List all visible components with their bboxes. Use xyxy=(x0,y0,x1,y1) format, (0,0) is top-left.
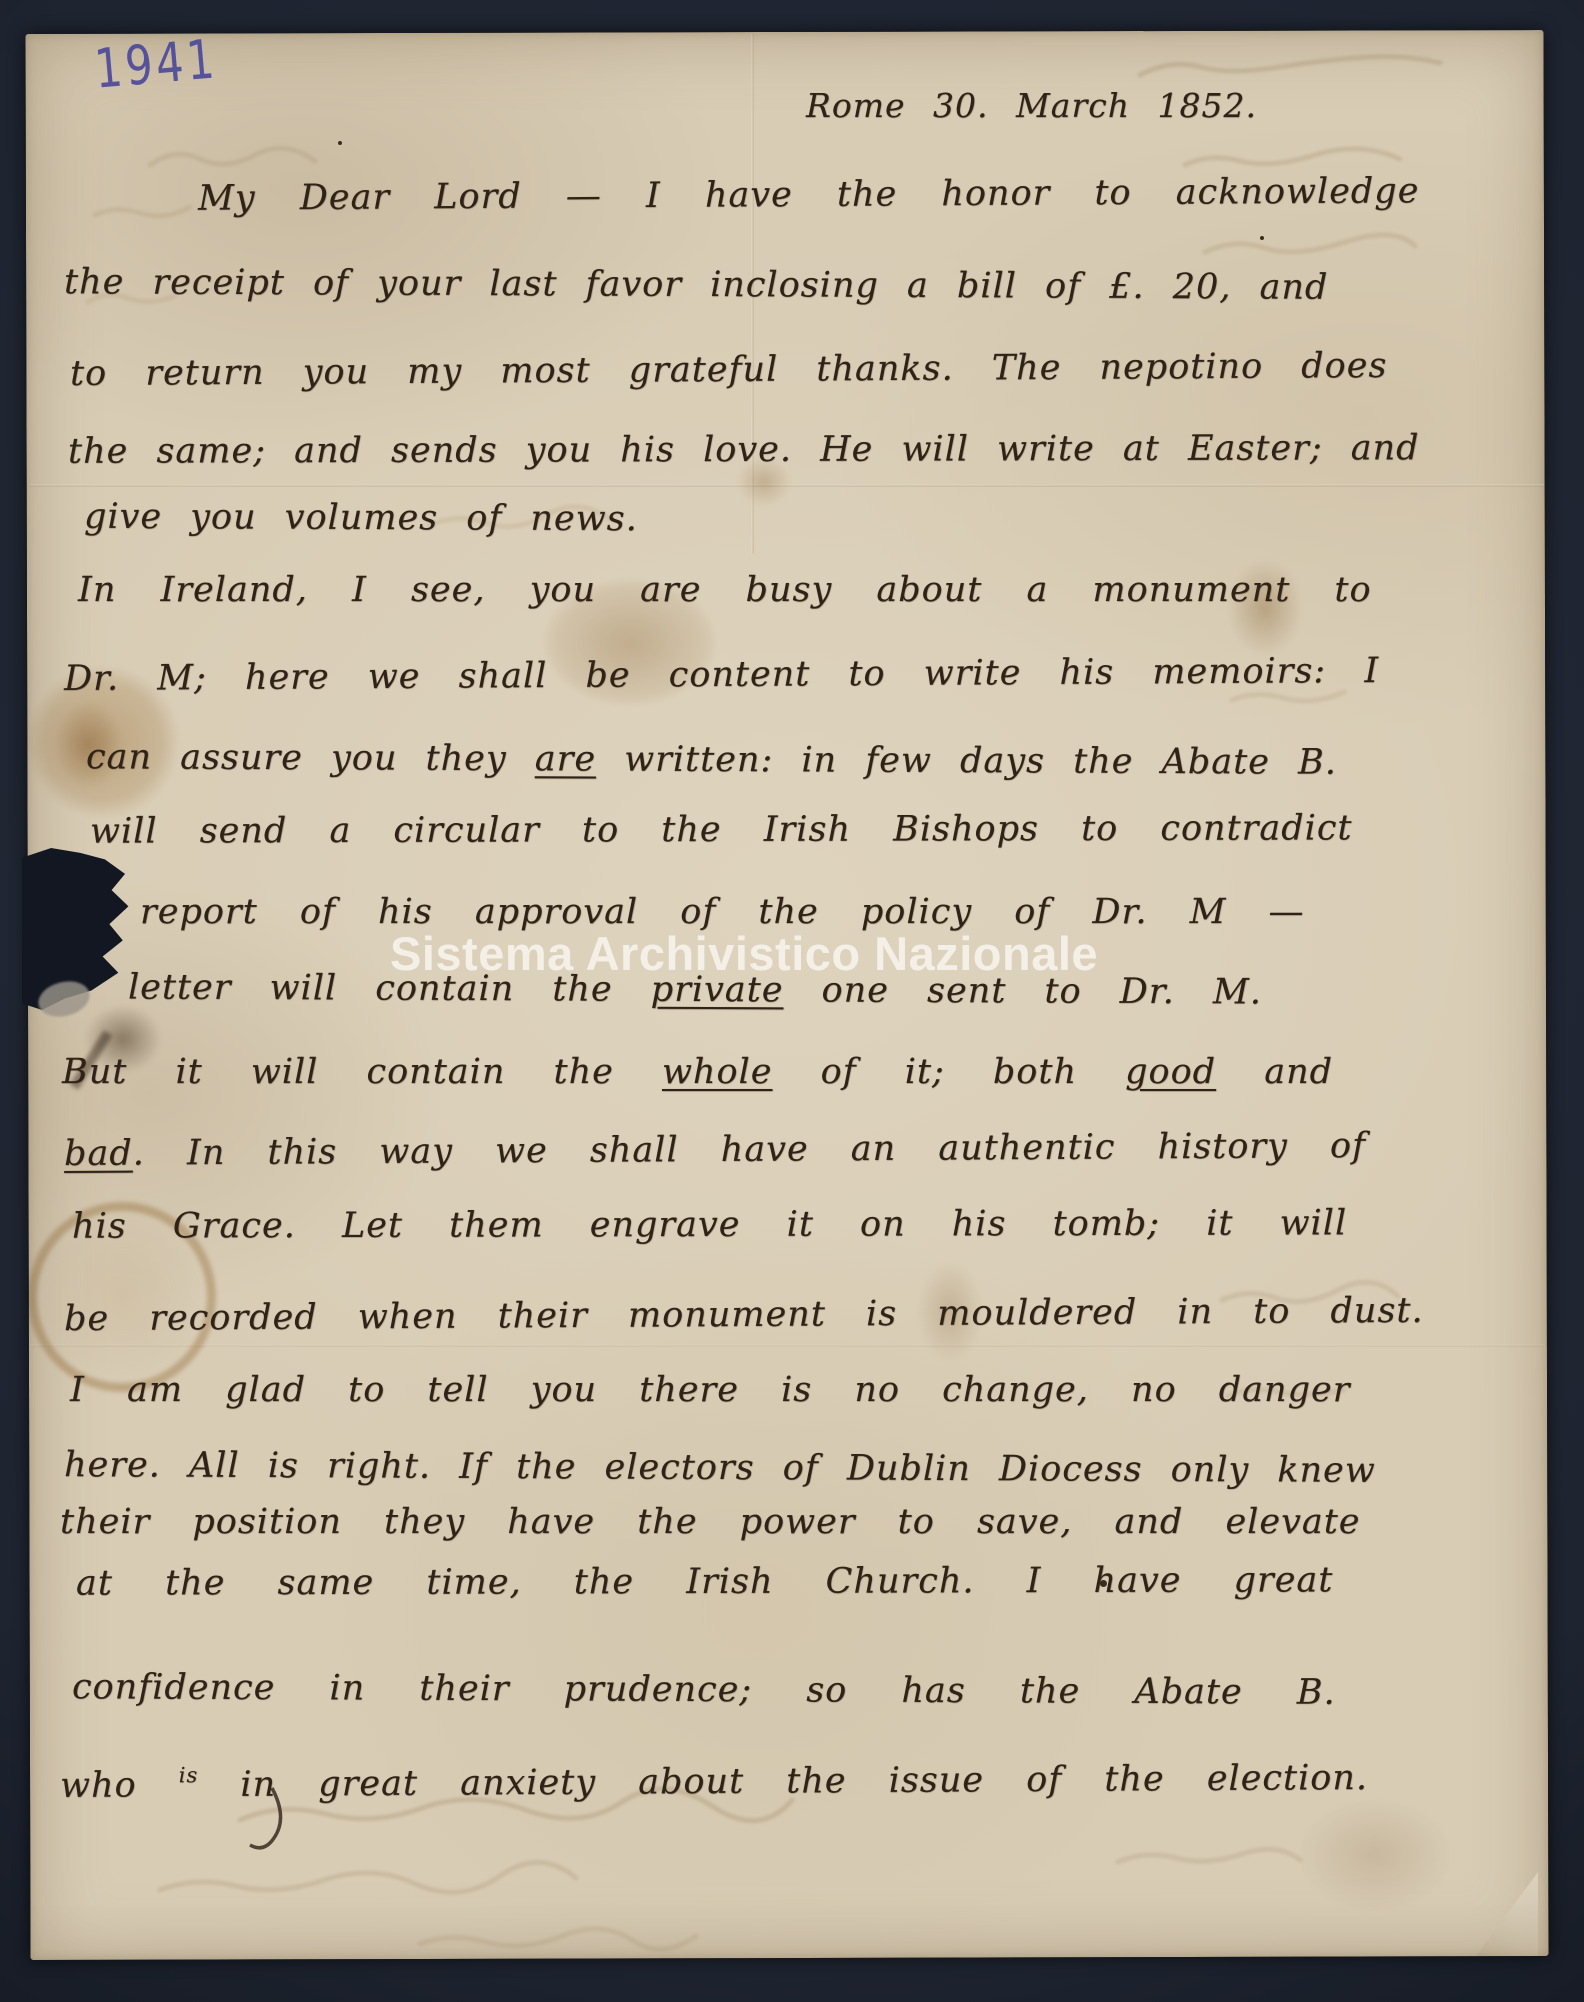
archive-watermark: Sistema Archivistico Nazionale xyxy=(390,926,1098,981)
archival-number: 1941 xyxy=(92,27,220,100)
pen-flourish xyxy=(0,0,1584,2002)
scanned-letter-page: Rome 30. March 1852.My Dear Lord — I hav… xyxy=(0,0,1584,2002)
